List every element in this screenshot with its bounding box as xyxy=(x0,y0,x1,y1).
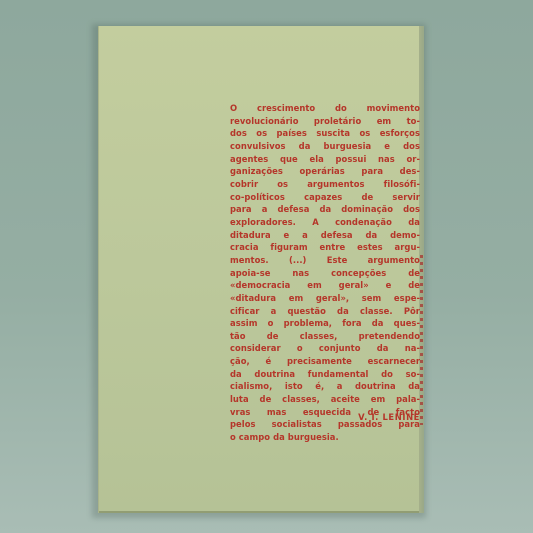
quote-line: assim o problema, fora da ques- xyxy=(230,317,420,330)
quote-line: «ditadura em geral», sem espe- xyxy=(230,292,420,305)
quote-line: revolucionário proletário em to- xyxy=(230,115,420,128)
quote-line: O crescimento do movimento xyxy=(230,102,420,115)
quote-line: cificar a questão da classe. Pôr xyxy=(230,305,420,318)
quote-line: considerar o conjunto da na- xyxy=(230,342,420,355)
quote-line: agentes que ela possui nas or- xyxy=(230,153,420,166)
quote-line: da doutrina fundamental do so- xyxy=(230,368,420,381)
quote-line: co-políticos capazes de servir xyxy=(230,191,420,204)
quote-line: apoia-se nas concepções de xyxy=(230,267,420,280)
quote-line: exploradores. A condenação da xyxy=(230,216,420,229)
back-cover-quote: O crescimento do movimento revolucionári… xyxy=(230,102,420,444)
quote-line: mentos. (...) Este argumento xyxy=(230,254,420,267)
quote-line: ção, é precisamente escarnecer xyxy=(230,355,420,368)
quote-line: dos os países suscita os esforços xyxy=(230,127,420,140)
quote-line: ditadura e a defesa da demo- xyxy=(230,229,420,242)
quote-line: cialismo, isto é, a doutrina da xyxy=(230,380,420,393)
spine-title-text xyxy=(420,255,423,425)
quote-line: cracia figuram entre estes argu- xyxy=(230,241,420,254)
quote-author: V. I. LENINE xyxy=(324,412,420,422)
quote-line: «democracia em geral» e de xyxy=(230,279,420,292)
quote-line: convulsivos da burguesia e dos xyxy=(230,140,420,153)
quote-line: cobrir os argumentos filosófi- xyxy=(230,178,420,191)
quote-line: ganizações operárias para des- xyxy=(230,165,420,178)
quote-line: o campo da burguesia. xyxy=(230,431,420,444)
quote-line: tão de classes, pretendendo xyxy=(230,330,420,343)
quote-line: luta de classes, aceite em pala- xyxy=(230,393,420,406)
quote-line: para a defesa da dominação dos xyxy=(230,203,420,216)
